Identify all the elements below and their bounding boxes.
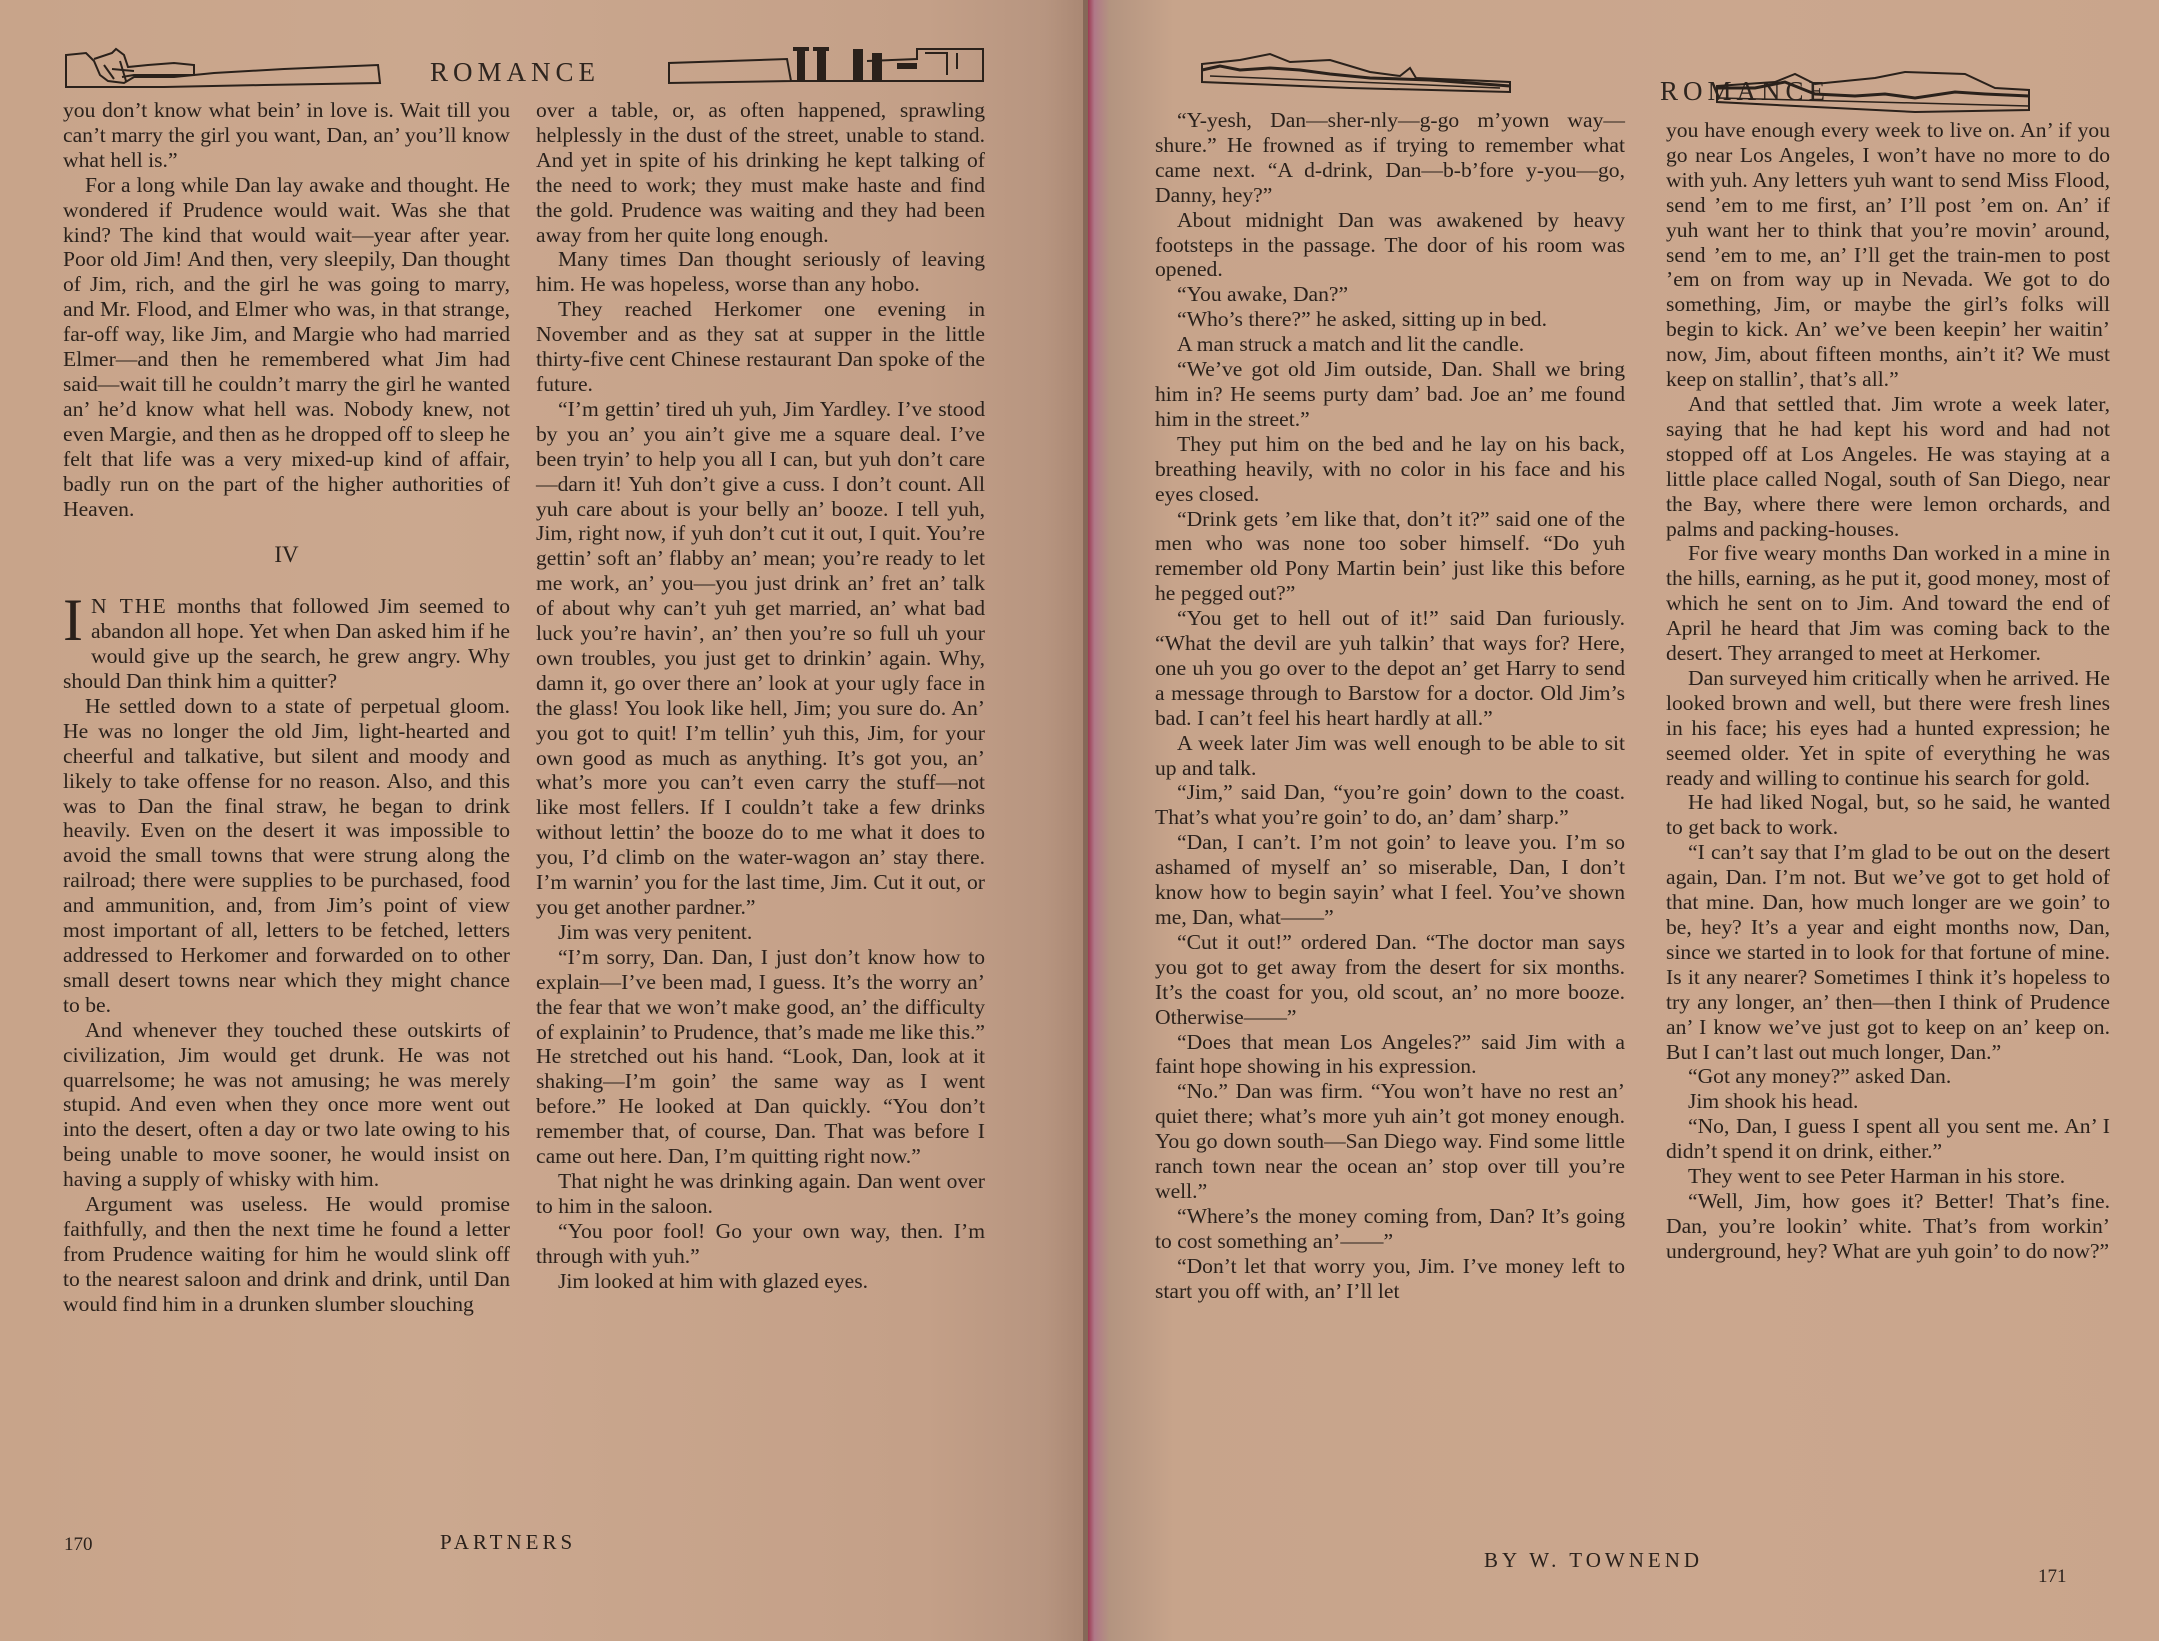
paragraph: “I can’t say that I’m glad to be out on … — [1666, 840, 2110, 1064]
paragraph: And that settled that. Jim wrote a week … — [1666, 392, 2110, 541]
drop-cap: I — [63, 596, 83, 644]
paragraph: “You get to hell out of it!” said Dan fu… — [1155, 606, 1625, 731]
right-page: ROMANCE “Y-yesh, Dan—sher-nly—g-go m’yow… — [1088, 0, 2159, 1641]
paragraph: “Got any money?” asked Dan. — [1666, 1064, 2110, 1089]
paragraph: “You poor fool! Go your own way, then. I… — [536, 1219, 985, 1269]
paragraph: over a table, or, as often happened, spr… — [536, 98, 985, 247]
paragraph: Many times Dan thought seriously of leav… — [536, 247, 985, 297]
western-scene-rider-icon — [64, 47, 384, 89]
paragraph: They went to see Peter Harman in his sto… — [1666, 1164, 2110, 1189]
running-head: ROMANCE — [430, 57, 600, 88]
paragraph: you have enough every week to live on. A… — [1666, 118, 2110, 392]
paragraph: Jim was very penitent. — [536, 920, 985, 945]
paragraph: “Dan, I can’t. I’m not goin’ to leave yo… — [1155, 830, 1625, 930]
paragraph: “I’m gettin’ tired uh yuh, Jim Yardley. … — [536, 397, 985, 920]
paragraph: “Does that mean Los Angeles?” said Jim w… — [1155, 1030, 1625, 1080]
paragraph: “I’m sorry, Dan. Dan, I just don’t know … — [536, 945, 985, 1169]
paragraph: “Drink gets ’em like that, don’t it?” sa… — [1155, 507, 1625, 607]
paragraph: And whenever they touched these outskirt… — [63, 1018, 510, 1192]
author-byline-footer: BY W. TOWNEND — [1484, 1548, 1703, 1573]
paragraph: “Well, Jim, how goes it? Better! That’s … — [1666, 1189, 2110, 1264]
left-column-1: you don’t know what bein’ in love is. Wa… — [63, 98, 510, 1317]
paragraph: They reached Herkomer one evening in Nov… — [536, 297, 985, 397]
paragraph: Jim shook his head. — [1666, 1089, 2110, 1114]
paragraph: “Cut it out!” ordered Dan. “The doctor m… — [1155, 930, 1625, 1030]
paragraph: A man struck a match and lit the candle. — [1155, 332, 1625, 357]
mountain-landscape-icon — [1200, 52, 1512, 94]
western-scene-figures-icon — [667, 45, 987, 87]
right-column-2: you have enough every week to live on. A… — [1666, 118, 2110, 1264]
paragraph: “You awake, Dan?” — [1155, 282, 1625, 307]
page-number: 171 — [2038, 1566, 2067, 1588]
paragraph: “Y-yesh, Dan—sher-nly—g-go m’yown way—sh… — [1155, 108, 1625, 208]
paragraph: About midnight Dan was awakened by heavy… — [1155, 208, 1625, 283]
paragraph: you don’t know what bein’ in love is. Wa… — [63, 98, 510, 173]
paragraph: Dan surveyed him critically when he arri… — [1666, 666, 2110, 791]
paragraph: “No, Dan, I guess I spent all you sent m… — [1666, 1114, 2110, 1164]
paragraph: That night he was drinking again. Dan we… — [536, 1169, 985, 1219]
paragraph: Jim looked at him with glazed eyes. — [536, 1269, 985, 1294]
paragraph: “Jim,” said Dan, “you’re goin’ down to t… — [1155, 780, 1625, 830]
mountain-landscape-icon — [1715, 68, 2031, 116]
chapter-opening-paragraph: IN THE months that followed Jim seemed t… — [63, 594, 510, 694]
paragraph: A week later Jim was well enough to be a… — [1155, 731, 1625, 781]
left-page: ROMANCE you don’t know what bein’ in lov… — [0, 0, 1088, 1641]
chapter-heading: IV — [63, 543, 510, 568]
paragraph: They put him on the bed and he lay on hi… — [1155, 432, 1625, 507]
paragraph: “No.” Dan was firm. “You won’t have no r… — [1155, 1079, 1625, 1204]
paragraph: For a long while Dan lay awake and thoug… — [63, 173, 510, 522]
paragraph: “Don’t let that worry you, Jim. I’ve mon… — [1155, 1254, 1625, 1304]
paragraph: “Where’s the money coming from, Dan? It’… — [1155, 1204, 1625, 1254]
story-title-footer: PARTNERS — [440, 1530, 576, 1555]
paragraph: He had liked Nogal, but, so he said, he … — [1666, 790, 2110, 840]
paragraph: Argument was useless. He would promise f… — [63, 1192, 510, 1317]
paragraph: He settled down to a state of perpetual … — [63, 694, 510, 1018]
right-column-1: “Y-yesh, Dan—sher-nly—g-go m’yown way—sh… — [1155, 108, 1625, 1304]
left-column-2: over a table, or, as often happened, spr… — [536, 98, 985, 1294]
page-number: 170 — [64, 1534, 93, 1556]
paragraph: “We’ve got old Jim outside, Dan. Shall w… — [1155, 357, 1625, 432]
chapter-first-words: N THE — [91, 594, 168, 618]
paragraph: For five weary months Dan worked in a mi… — [1666, 541, 2110, 666]
paragraph: “Who’s there?” he asked, sitting up in b… — [1155, 307, 1625, 332]
